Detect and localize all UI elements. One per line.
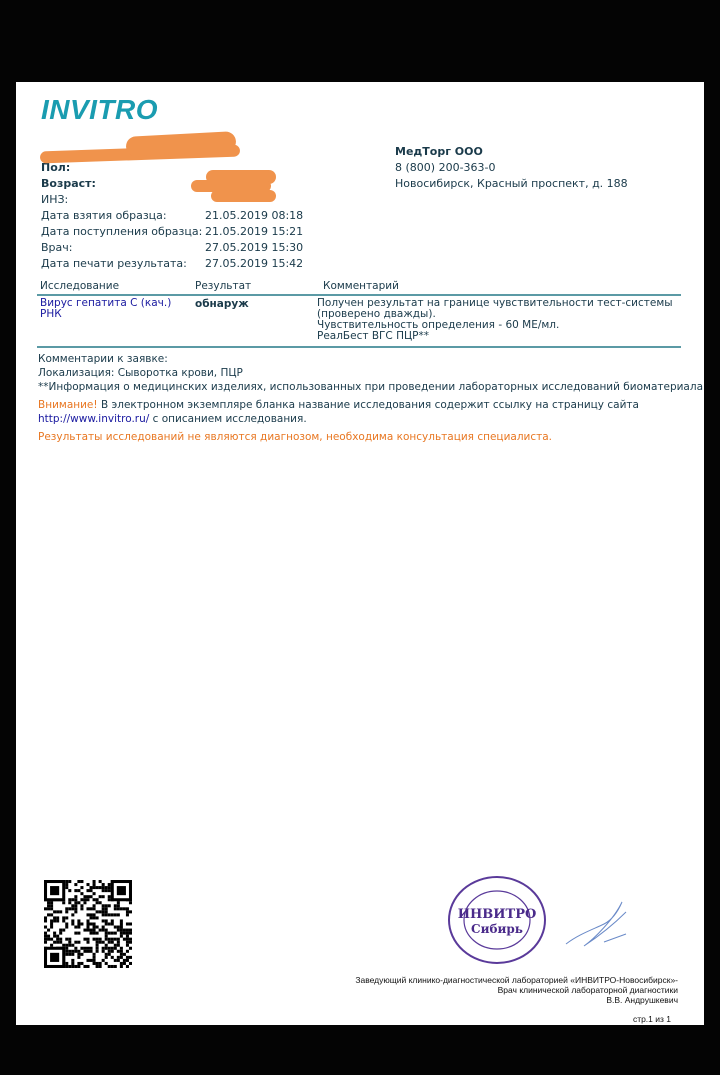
comment-line: РеалБест ВГС ПЦР** [317, 331, 673, 342]
devices-info: **Информация о медицинских изделиях, исп… [38, 380, 703, 394]
header-result: Результат [195, 280, 251, 292]
company-name: МедТорг ООО [395, 144, 628, 160]
attention-note: Внимание! В электронном экземпляре бланк… [38, 398, 703, 426]
test-name-link[interactable]: Вирус гепатита С (кач.) РНК [40, 298, 180, 320]
test-result: обнаруж [195, 298, 249, 310]
header-test: Исследование [40, 280, 119, 292]
signer-title: Заведующий клинико-диагностической лабор… [355, 975, 678, 985]
signer-name: В.В. Андрушкевич [355, 995, 678, 1005]
patient-info-row: Дата взятия образца:21.05.2019 08:18 [41, 208, 341, 224]
patient-info-row: Пол: [41, 160, 341, 176]
page-number: стр.1 из 1 [633, 1014, 671, 1024]
attention-label: Внимание! [38, 399, 98, 411]
qr-code [44, 880, 132, 968]
field-label: Возраст: [41, 176, 96, 192]
invitro-logo: INVITRO [41, 94, 158, 126]
result-document: INVITRO Пол:Возраст:ИНЗ:Дата взятия обра… [16, 82, 704, 1025]
table-header: Исследование Результат Комментарий [37, 278, 681, 296]
company-info: МедТорг ООО 8 (800) 200-363-0 Новосибирс… [395, 144, 628, 192]
patient-info-row: Врач:27.05.2019 15:30 [41, 240, 341, 256]
notes: Комментарии к заявке: Локализация: Сывор… [38, 352, 703, 444]
field-label: Дата поступления образца: [41, 224, 202, 240]
disclaimer: Результаты исследований не являются диаг… [38, 430, 703, 444]
field-value: 27.05.2019 15:42 [205, 256, 303, 272]
localization: Локализация: Сыворотка крови, ПЦР [38, 366, 703, 380]
patient-info: Пол:Возраст:ИНЗ:Дата взятия образца:21.0… [41, 144, 341, 272]
patient-info-row: Дата печати результата:27.05.2019 15:42 [41, 256, 341, 272]
test-comment: Получен результат на границе чувствитель… [317, 298, 673, 342]
company-stamp: ИНВИТРО Сибирь [446, 875, 548, 965]
field-value: 21.05.2019 08:18 [205, 208, 303, 224]
patient-info-row: ИНЗ: [41, 192, 341, 208]
signature [564, 894, 634, 954]
header-comment: Комментарий [323, 280, 399, 292]
company-address: Новосибирск, Красный проспект, д. 188 [395, 176, 628, 192]
comments-title: Комментарии к заявке: [38, 352, 703, 366]
results-table: Исследование Результат Комментарий Вирус… [37, 278, 681, 348]
field-value: 27.05.2019 15:30 [205, 240, 303, 256]
signer-block: Заведующий клинико-диагностической лабор… [355, 975, 678, 1005]
svg-text:ИНВИТРО: ИНВИТРО [458, 907, 537, 922]
field-label: Врач: [41, 240, 72, 256]
field-label: ИНЗ: [41, 192, 68, 208]
redaction-mark [211, 190, 276, 202]
company-phone: 8 (800) 200-363-0 [395, 160, 628, 176]
table-row: Вирус гепатита С (кач.) РНК обнаруж Полу… [37, 296, 681, 348]
patient-info-row: Дата поступления образца:21.05.2019 15:2… [41, 224, 341, 240]
invitro-link[interactable]: http://www.invitro.ru/ [38, 413, 149, 425]
field-label: Дата печати результата: [41, 256, 187, 272]
link-suffix: с описанием исследования. [149, 413, 306, 425]
field-label: Дата взятия образца: [41, 208, 167, 224]
svg-text:Сибирь: Сибирь [471, 922, 523, 936]
field-value: 21.05.2019 15:21 [205, 224, 303, 240]
signer-position: Врач клинической лабораторной диагностик… [355, 985, 678, 995]
attention-text: В электронном экземпляре бланка название… [98, 399, 639, 411]
